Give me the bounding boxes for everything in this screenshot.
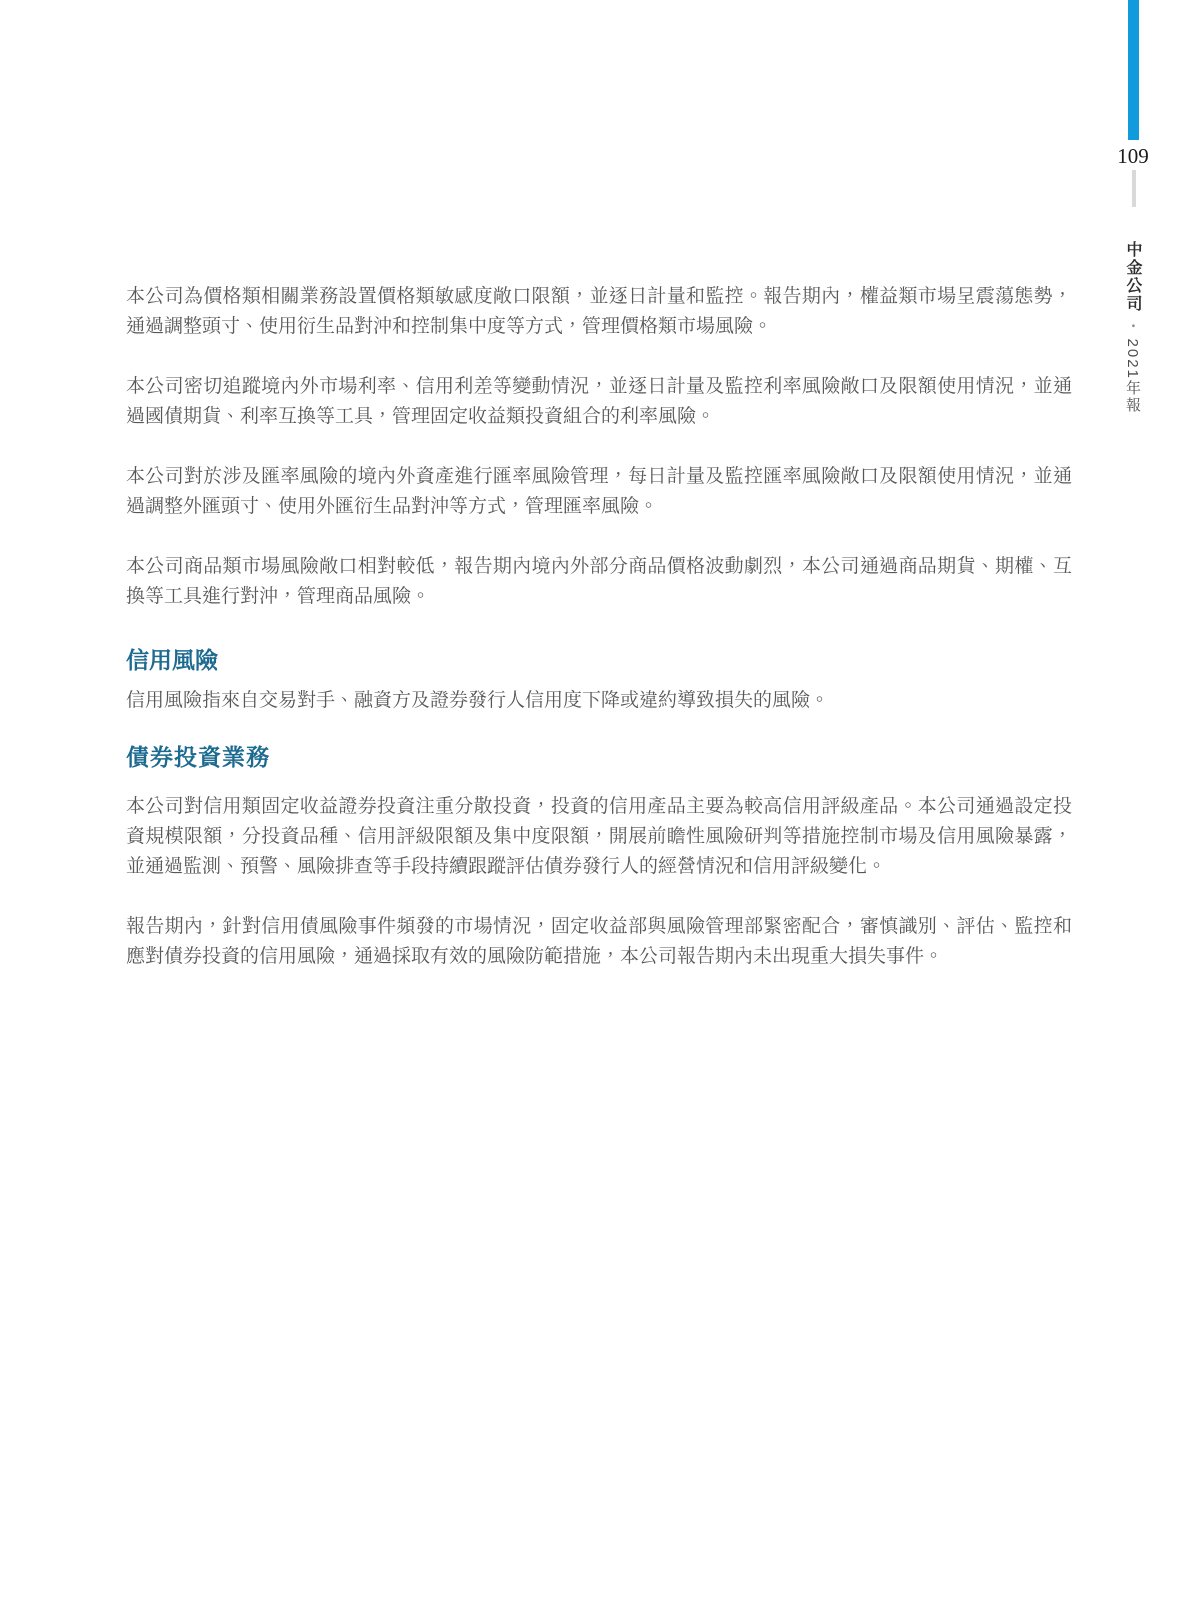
body-paragraph-bond-investment-results: 報告期內，針對信用債風險事件頻發的市場情況，固定收益部與風險管理部緊密配合，審慎…: [126, 912, 1072, 972]
bullet-separator-icon: •: [1127, 324, 1138, 328]
report-edition: 2021年報: [1124, 339, 1141, 414]
body-paragraph-bond-investment-controls: 本公司對信用類固定收益證券投資注重分散投資，投資的信用產品主要為較高信用評級產品…: [126, 792, 1072, 882]
page-accent-bar: [1128, 0, 1139, 140]
section-heading-bond-investment: 債券投資業務: [126, 741, 1072, 773]
company-name: 中金公司: [1124, 241, 1141, 313]
page-content: 本公司為價格類相關業務設置價格類敏感度敞口限額，並逐日計量和監控。報告期內，權益…: [126, 282, 1072, 1002]
body-paragraph-price-risk: 本公司為價格類相關業務設置價格類敏感度敞口限額，並逐日計量和監控。報告期內，權益…: [126, 282, 1072, 342]
body-paragraph-commodity-risk: 本公司商品類市場風險敞口相對較低，報告期內境內外部分商品價格波動劇烈，本公司通過…: [126, 552, 1072, 612]
body-paragraph-fx-risk: 本公司對於涉及匯率風險的境內外資產進行匯率風險管理，每日計量及監控匯率風險敞口及…: [126, 462, 1072, 522]
body-paragraph-credit-risk-definition: 信用風險指來自交易對手、融資方及證券發行人信用度下降或違約導致損失的風險。: [126, 686, 1072, 716]
report-title-vertical: 中金公司•2021年報: [1121, 241, 1144, 414]
page-number-rule: [1132, 170, 1136, 207]
page-number: 109: [1104, 144, 1162, 168]
section-heading-credit-risk: 信用風險: [126, 644, 1072, 676]
body-paragraph-interest-rate-risk: 本公司密切追蹤境內外市場利率、信用利差等變動情況，並逐日計量及監控利率風險敞口及…: [126, 372, 1072, 432]
